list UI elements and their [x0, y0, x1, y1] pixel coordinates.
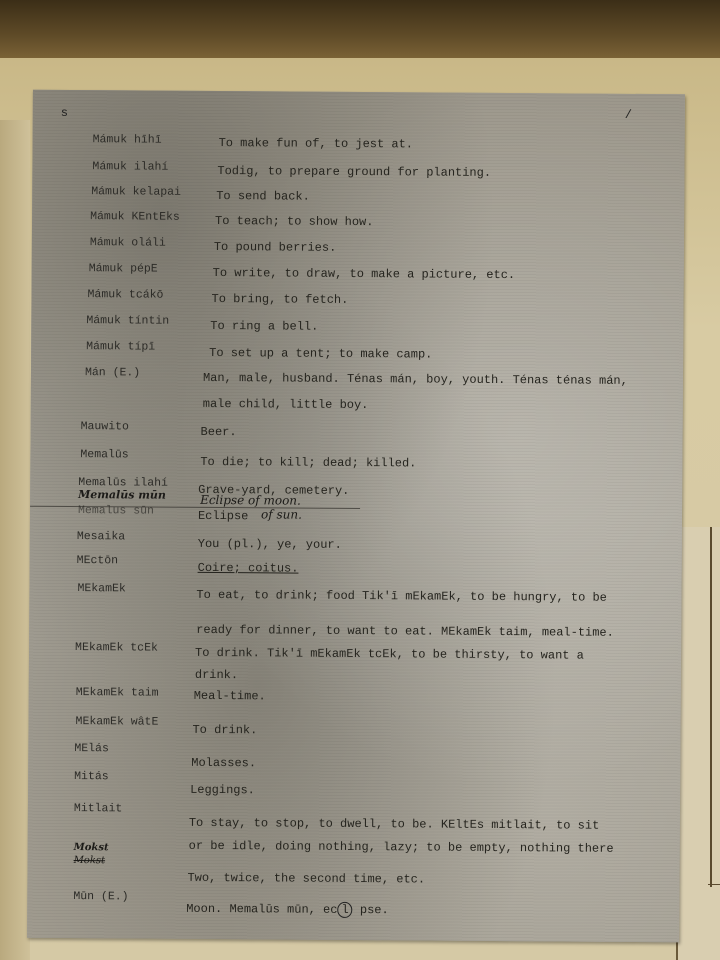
- definition: Eclipse: [198, 509, 249, 523]
- definition: Meal-time.: [194, 689, 266, 704]
- headword: MEkamEk wâtE: [76, 715, 159, 729]
- definition: To pound berries.: [214, 240, 337, 255]
- definition: ready for dinner, to want to eat. MEkamE…: [196, 623, 614, 640]
- definition: To make fun of, to jest at.: [219, 136, 414, 151]
- definition-text: Moon. Memalūs mūn, ec: [186, 902, 337, 917]
- handwritten-headword: Mokst: [74, 842, 109, 853]
- definition: To die; to kill; dead; killed.: [200, 455, 416, 471]
- definition: To drink. Tik'ī mEkamEk tcEk, to be thir…: [195, 646, 584, 663]
- headword: Mámuk tcákō: [87, 288, 163, 302]
- left-sheet-edge: [0, 120, 30, 960]
- headword: Mūn (E.): [73, 890, 128, 903]
- headword: MElás: [74, 742, 109, 755]
- headword: Mámuk kelapai: [91, 185, 181, 199]
- underlying-sheet-rule: [708, 884, 720, 885]
- headword: MEctōn: [77, 554, 119, 567]
- definition: To stay, to stop, to dwell, to be. KEltE…: [189, 816, 600, 833]
- underlying-sheet: [676, 527, 720, 960]
- underlying-sheet-rule: [710, 527, 712, 887]
- top-right-mark: /: [625, 108, 632, 122]
- definition: To bring, to fetch.: [211, 292, 348, 307]
- definition: To write, to draw, to make a picture, et…: [213, 266, 516, 282]
- handwritten-headword: Memalūs mūn: [78, 488, 166, 502]
- struck-headword: Memalus sūn: [78, 504, 154, 518]
- handwritten-definition: of sun.: [261, 507, 302, 521]
- headword: Mámuk pépE: [89, 262, 158, 275]
- definition: You (pl.), ye, your.: [198, 537, 342, 552]
- headword: Mán (E.): [85, 366, 140, 379]
- headword: Memalūs: [80, 448, 128, 461]
- definition: To set up a tent; to make camp.: [209, 346, 432, 362]
- headword: Mámuk típī: [86, 340, 155, 353]
- headword: Mámuk tíntin: [86, 314, 169, 328]
- struck-headword: Mokst: [74, 855, 106, 866]
- definition: male child, little boy.: [203, 397, 369, 412]
- headword: Mauwito: [81, 420, 129, 433]
- headword: Mámuk KEntEks: [90, 210, 180, 224]
- document-page: s / Mámuk hīhī To make fun of, to jest a…: [27, 90, 685, 943]
- background-wall: [0, 0, 720, 58]
- definition: Man, male, husband. Ténas mán, boy, yout…: [203, 371, 628, 388]
- headword: Mesaika: [77, 530, 125, 543]
- headword: MEkamEk: [77, 582, 125, 595]
- headword: Mitás: [74, 770, 109, 783]
- headword: Mitlait: [74, 802, 122, 815]
- headword: MEkamEk tcEk: [75, 641, 158, 655]
- circled-correction: l: [337, 902, 352, 918]
- top-left-mark: s: [61, 106, 68, 120]
- definition: Leggings.: [190, 783, 255, 797]
- definition-text: pse.: [353, 903, 389, 917]
- headword: MEkamEk taim: [76, 686, 159, 700]
- definition: To send back.: [216, 189, 310, 204]
- headword: Mámuk hīhī: [93, 133, 162, 146]
- definition: To eat, to drink; food Tik'ī mEkamEk, to…: [196, 588, 607, 605]
- definition: Coire; coitus.: [198, 561, 299, 576]
- definition: To ring a bell.: [210, 319, 318, 334]
- definition: or be idle, doing nothing, lazy; to be e…: [189, 839, 614, 856]
- definition: Beer.: [201, 425, 237, 439]
- definition: Molasses.: [191, 756, 256, 770]
- definition: Todig, to prepare ground for planting.: [217, 164, 491, 180]
- definition: To teach; to show how.: [215, 214, 374, 229]
- definition: drink.: [195, 668, 238, 682]
- headword: Mámuk oláli: [90, 236, 166, 250]
- headword: Mámuk ilahí: [92, 160, 168, 174]
- definition: To drink.: [192, 723, 257, 737]
- definition: Moon. Memalūs mūn, ecl pse.: [186, 902, 389, 917]
- definition: Two, twice, the second time, etc.: [187, 871, 425, 887]
- handwritten-definition: Eclipse of moon.: [200, 493, 301, 508]
